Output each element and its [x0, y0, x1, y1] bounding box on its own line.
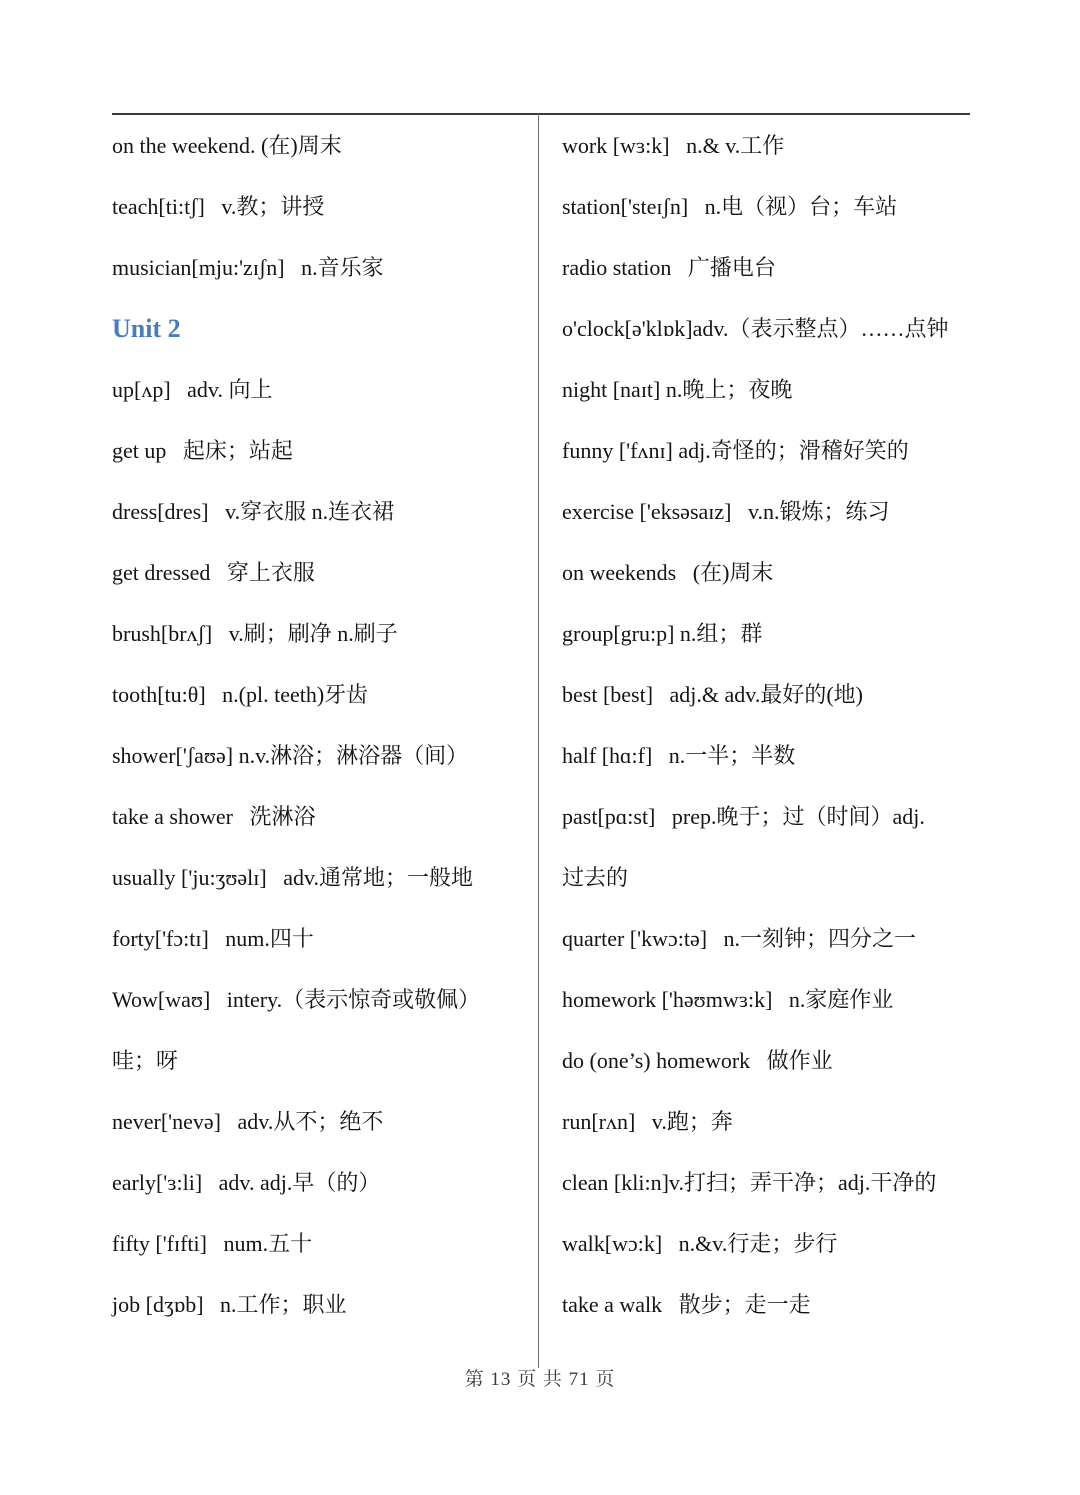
vocab-entry: half [hɑ:f] n.一半；半数 — [562, 725, 1080, 786]
column-divider-line — [538, 114, 539, 1368]
vocab-entry: best [best] adj.& adv.最好的(地) — [562, 664, 1080, 725]
vocab-entry: musician[mju:'zɪʃn] n.音乐家 — [112, 237, 537, 298]
vocab-entry: fifty ['fɪfti] num.五十 — [112, 1213, 537, 1274]
vocab-entry: up[ʌp] adv. 向上 — [112, 359, 537, 420]
vocab-entry: tooth[tu:θ] n.(pl. teeth)牙齿 — [112, 664, 537, 725]
page-number-footer: 第 13 页 共 71 页 — [0, 1360, 1080, 1400]
vocab-entry: station['steɪʃn] n.电（视）台；车站 — [562, 176, 1080, 237]
vocab-entry: quarter ['kwɔ:tə] n.一刻钟；四分之一 — [562, 908, 1080, 969]
vocab-entry: job [dʒɒb] n.工作；职业 — [112, 1274, 537, 1335]
vocab-entry: past[pɑ:st] prep.晚于；过（时间）adj. — [562, 786, 1080, 847]
vocab-entry: on the weekend. (在)周末 — [112, 115, 537, 176]
vocab-entry: brush[brʌʃ] v.刷；刷净 n.刷子 — [112, 603, 537, 664]
vocab-entry: exercise ['eksəsaɪz] v.n.锻炼；练习 — [562, 481, 1080, 542]
vocab-entry: work [wɜ:k] n.& v.工作 — [562, 115, 1080, 176]
vocab-entry: radio station 广播电台 — [562, 237, 1080, 298]
vocab-entry: take a walk 散步；走一走 — [562, 1274, 1080, 1335]
vocab-entry: on weekends (在)周末 — [562, 542, 1080, 603]
vocab-entry: Wow[waʊ] intery.（表示惊奇或敬佩） — [112, 969, 537, 1030]
left-column: on the weekend. (在)周末 teach[ti:tʃ] v.教；讲… — [112, 115, 537, 1335]
vocab-entry: run[rʌn] v.跑；奔 — [562, 1091, 1080, 1152]
vocab-entry: usually ['ju:ʒʊəlɪ] adv.通常地；一般地 — [112, 847, 537, 908]
unit-heading: Unit 2 — [112, 298, 537, 359]
vocab-entry: o'clock[ə'klɒk]adv.（表示整点）……点钟 — [562, 298, 1080, 359]
vocab-entry: take a shower 洗淋浴 — [112, 786, 537, 847]
vocab-entry-continuation: 过去的 — [562, 847, 1080, 908]
vocab-entry: night [naɪt] n.晚上；夜晚 — [562, 359, 1080, 420]
vocab-entry: shower['ʃaʊə] n.v.淋浴；淋浴器（间） — [112, 725, 537, 786]
vocab-entry-continuation: 哇；呀 — [112, 1030, 537, 1091]
vocab-entry: funny ['fʌnɪ] adj.奇怪的；滑稽好笑的 — [562, 420, 1080, 481]
vocab-entry: do (one’s) homework 做作业 — [562, 1030, 1080, 1091]
vocab-entry: group[gru:p] n.组；群 — [562, 603, 1080, 664]
vocab-entry: clean [kli:n]v.打扫；弄干净；adj.干净的 — [562, 1152, 1080, 1213]
right-column: work [wɜ:k] n.& v.工作 station['steɪʃn] n.… — [562, 115, 1080, 1335]
vocab-entry: dress[dres] v.穿衣服 n.连衣裙 — [112, 481, 537, 542]
vocab-entry: get dressed 穿上衣服 — [112, 542, 537, 603]
vocab-entry: walk[wɔ:k] n.&v.行走；步行 — [562, 1213, 1080, 1274]
vocab-entry: get up 起床；站起 — [112, 420, 537, 481]
vocab-entry: forty['fɔ:tɪ] num.四十 — [112, 908, 537, 969]
vocab-entry: never['nevə] adv.从不；绝不 — [112, 1091, 537, 1152]
vocab-entry: early['ɜ:li] adv. adj.早（的） — [112, 1152, 537, 1213]
vocab-entry: homework ['həʊmwɜ:k] n.家庭作业 — [562, 969, 1080, 1030]
vocab-entry: teach[ti:tʃ] v.教；讲授 — [112, 176, 537, 237]
